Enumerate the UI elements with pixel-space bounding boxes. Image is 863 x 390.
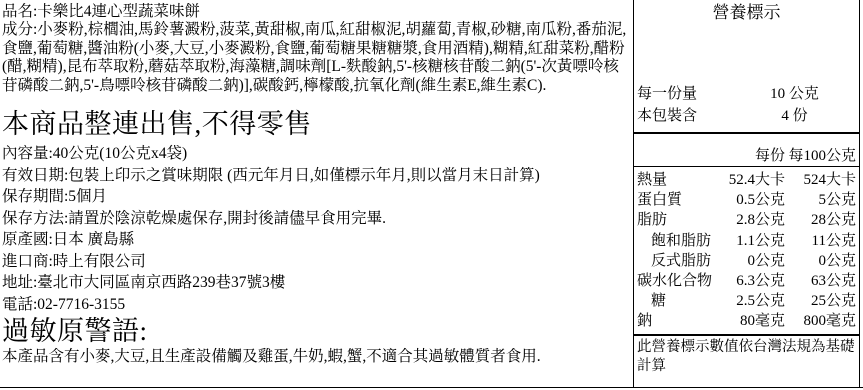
nutrition-row-sodium: 鈉 80毫克 800毫克 xyxy=(634,311,859,331)
nutrition-spacer xyxy=(634,23,859,83)
nutrient-name: 蛋白質 xyxy=(637,190,721,210)
serving-size-label: 每一份量 xyxy=(637,83,733,105)
nutrient-per-100g: 63公克 xyxy=(785,271,856,291)
nutrition-rows: 熱量 52.4大卡 524大卡 蛋白質 0.5公克 5公克 脂肪 2.8公克 2… xyxy=(634,170,859,332)
servings-per-package-row: 本包裝含 4 份 xyxy=(634,105,859,127)
origin-line: 原產國:日本 廣島縣 xyxy=(2,229,630,251)
nutrient-per-serving: 6.3公克 xyxy=(721,271,785,291)
nutrient-per-100g: 28公克 xyxy=(785,210,856,230)
serving-size-row: 每一份量 10 公克 xyxy=(634,83,859,105)
nutrient-per-100g: 800毫克 xyxy=(785,311,856,331)
nutrient-name: 鈉 xyxy=(637,311,721,331)
nutrition-row-trans-fat: 反式脂肪 0公克 0公克 xyxy=(634,251,859,271)
nutrition-row-protein: 蛋白質 0.5公克 5公克 xyxy=(634,190,859,210)
nutrient-name: 碳水化合物 xyxy=(637,271,721,291)
product-name-line: 品名:卡樂比4連心型蔬菜味餅 xyxy=(2,2,630,21)
nutrient-per-100g: 0公克 xyxy=(785,251,856,271)
sale-notice: 本商品整連出售,不得零售 xyxy=(2,109,630,140)
nutrient-name: 飽和脂肪 xyxy=(637,231,721,251)
nutrition-row-fat: 脂肪 2.8公克 28公克 xyxy=(634,210,859,230)
nutrient-per-100g: 524大卡 xyxy=(785,170,856,190)
product-label-page: 品名:卡樂比4連心型蔬菜味餅 成分:小麥粉,棕櫚油,馬鈴薯澱粉,菠菜,黃甜椒,南… xyxy=(0,0,863,390)
nutrient-per-serving: 0公克 xyxy=(721,251,785,271)
page-bottom-rule xyxy=(0,387,863,388)
nutrient-per-serving: 2.8公克 xyxy=(721,210,785,230)
column-header-empty xyxy=(637,147,721,166)
nutrient-name: 熱量 xyxy=(637,170,721,190)
nutrition-row-saturated-fat: 飽和脂肪 1.1公克 11公克 xyxy=(634,231,859,251)
nutrient-per-serving: 2.5公克 xyxy=(721,291,785,311)
nutrition-footnote: 此營養標示數值依台灣法規為基礎計算 xyxy=(634,336,859,376)
column-header-per-100g: 每100公克 xyxy=(785,147,856,166)
servings-per-package-label: 本包裝含 xyxy=(637,105,733,127)
nutrition-row-calories: 熱量 52.4大卡 524大卡 xyxy=(634,170,859,190)
ingredients-text: 成分:小麥粉,棕櫚油,馬鈴薯澱粉,菠菜,黃甜椒,南瓜,紅甜椒泥,胡蘿蔔,青椒,砂… xyxy=(2,21,630,95)
nutrition-row-carbohydrate: 碳水化合物 6.3公克 63公克 xyxy=(634,271,859,291)
importer-line: 進口商:時上有限公司 xyxy=(2,251,630,273)
servings-per-package-value: 4 份 xyxy=(733,105,856,127)
nutrition-column-headers: 每份 每100公克 xyxy=(634,147,859,166)
storage-line: 保存方法:請置於陰涼乾燥處保存,開封後請儘早食用完畢. xyxy=(2,208,630,230)
nutrition-row-sugar: 糖 2.5公克 25公克 xyxy=(634,291,859,311)
nutrient-per-100g: 5公克 xyxy=(785,190,856,210)
product-info-column: 品名:卡樂比4連心型蔬菜味餅 成分:小麥粉,棕櫚油,馬鈴薯澱粉,菠菜,黃甜椒,南… xyxy=(2,2,630,366)
nutrition-divider-top xyxy=(634,132,859,134)
nutrient-per-serving: 80毫克 xyxy=(721,311,785,331)
nutrient-name: 反式脂肪 xyxy=(637,251,721,271)
address-line: 地址:臺北市大同區南京西路239巷37號3樓 xyxy=(2,272,630,294)
shelf-life-line: 保存期間:5個月 xyxy=(2,186,630,208)
nutrient-name: 糖 xyxy=(637,291,721,311)
nutrition-facts-box: 營養標示 每一份量 10 公克 本包裝含 4 份 每份 每100公克 熱量 52… xyxy=(633,0,860,388)
nutrient-per-serving: 0.5公克 xyxy=(721,190,785,210)
nutrient-per-100g: 11公克 xyxy=(785,231,856,251)
allergen-warning-title: 過敏原警語: xyxy=(2,316,630,347)
allergen-warning-text: 本產品含有小麥,大豆,且生產設備觸及雞蛋,牛奶,蝦,蟹,不適合其過敏體質者食用. xyxy=(2,347,630,366)
phone-line: 電話:02-7716-3155 xyxy=(2,294,630,316)
expiry-line: 有效日期:包裝上印示之賞味期限 (西元年月日,如僅標示年月,則以當月末日計算) xyxy=(2,165,630,187)
column-header-per-serving: 每份 xyxy=(721,147,785,166)
nutrient-per-serving: 1.1公克 xyxy=(721,231,785,251)
nutrient-per-serving: 52.4大卡 xyxy=(721,170,785,190)
nutrient-per-100g: 25公克 xyxy=(785,291,856,311)
nutrition-title: 營養標示 xyxy=(634,3,859,23)
nutrition-divider-header xyxy=(634,166,859,167)
nutrient-name: 脂肪 xyxy=(637,210,721,230)
serving-size-value: 10 公克 xyxy=(733,83,856,105)
net-content-line: 內容量:40公克(10公克x4袋) xyxy=(2,143,630,165)
